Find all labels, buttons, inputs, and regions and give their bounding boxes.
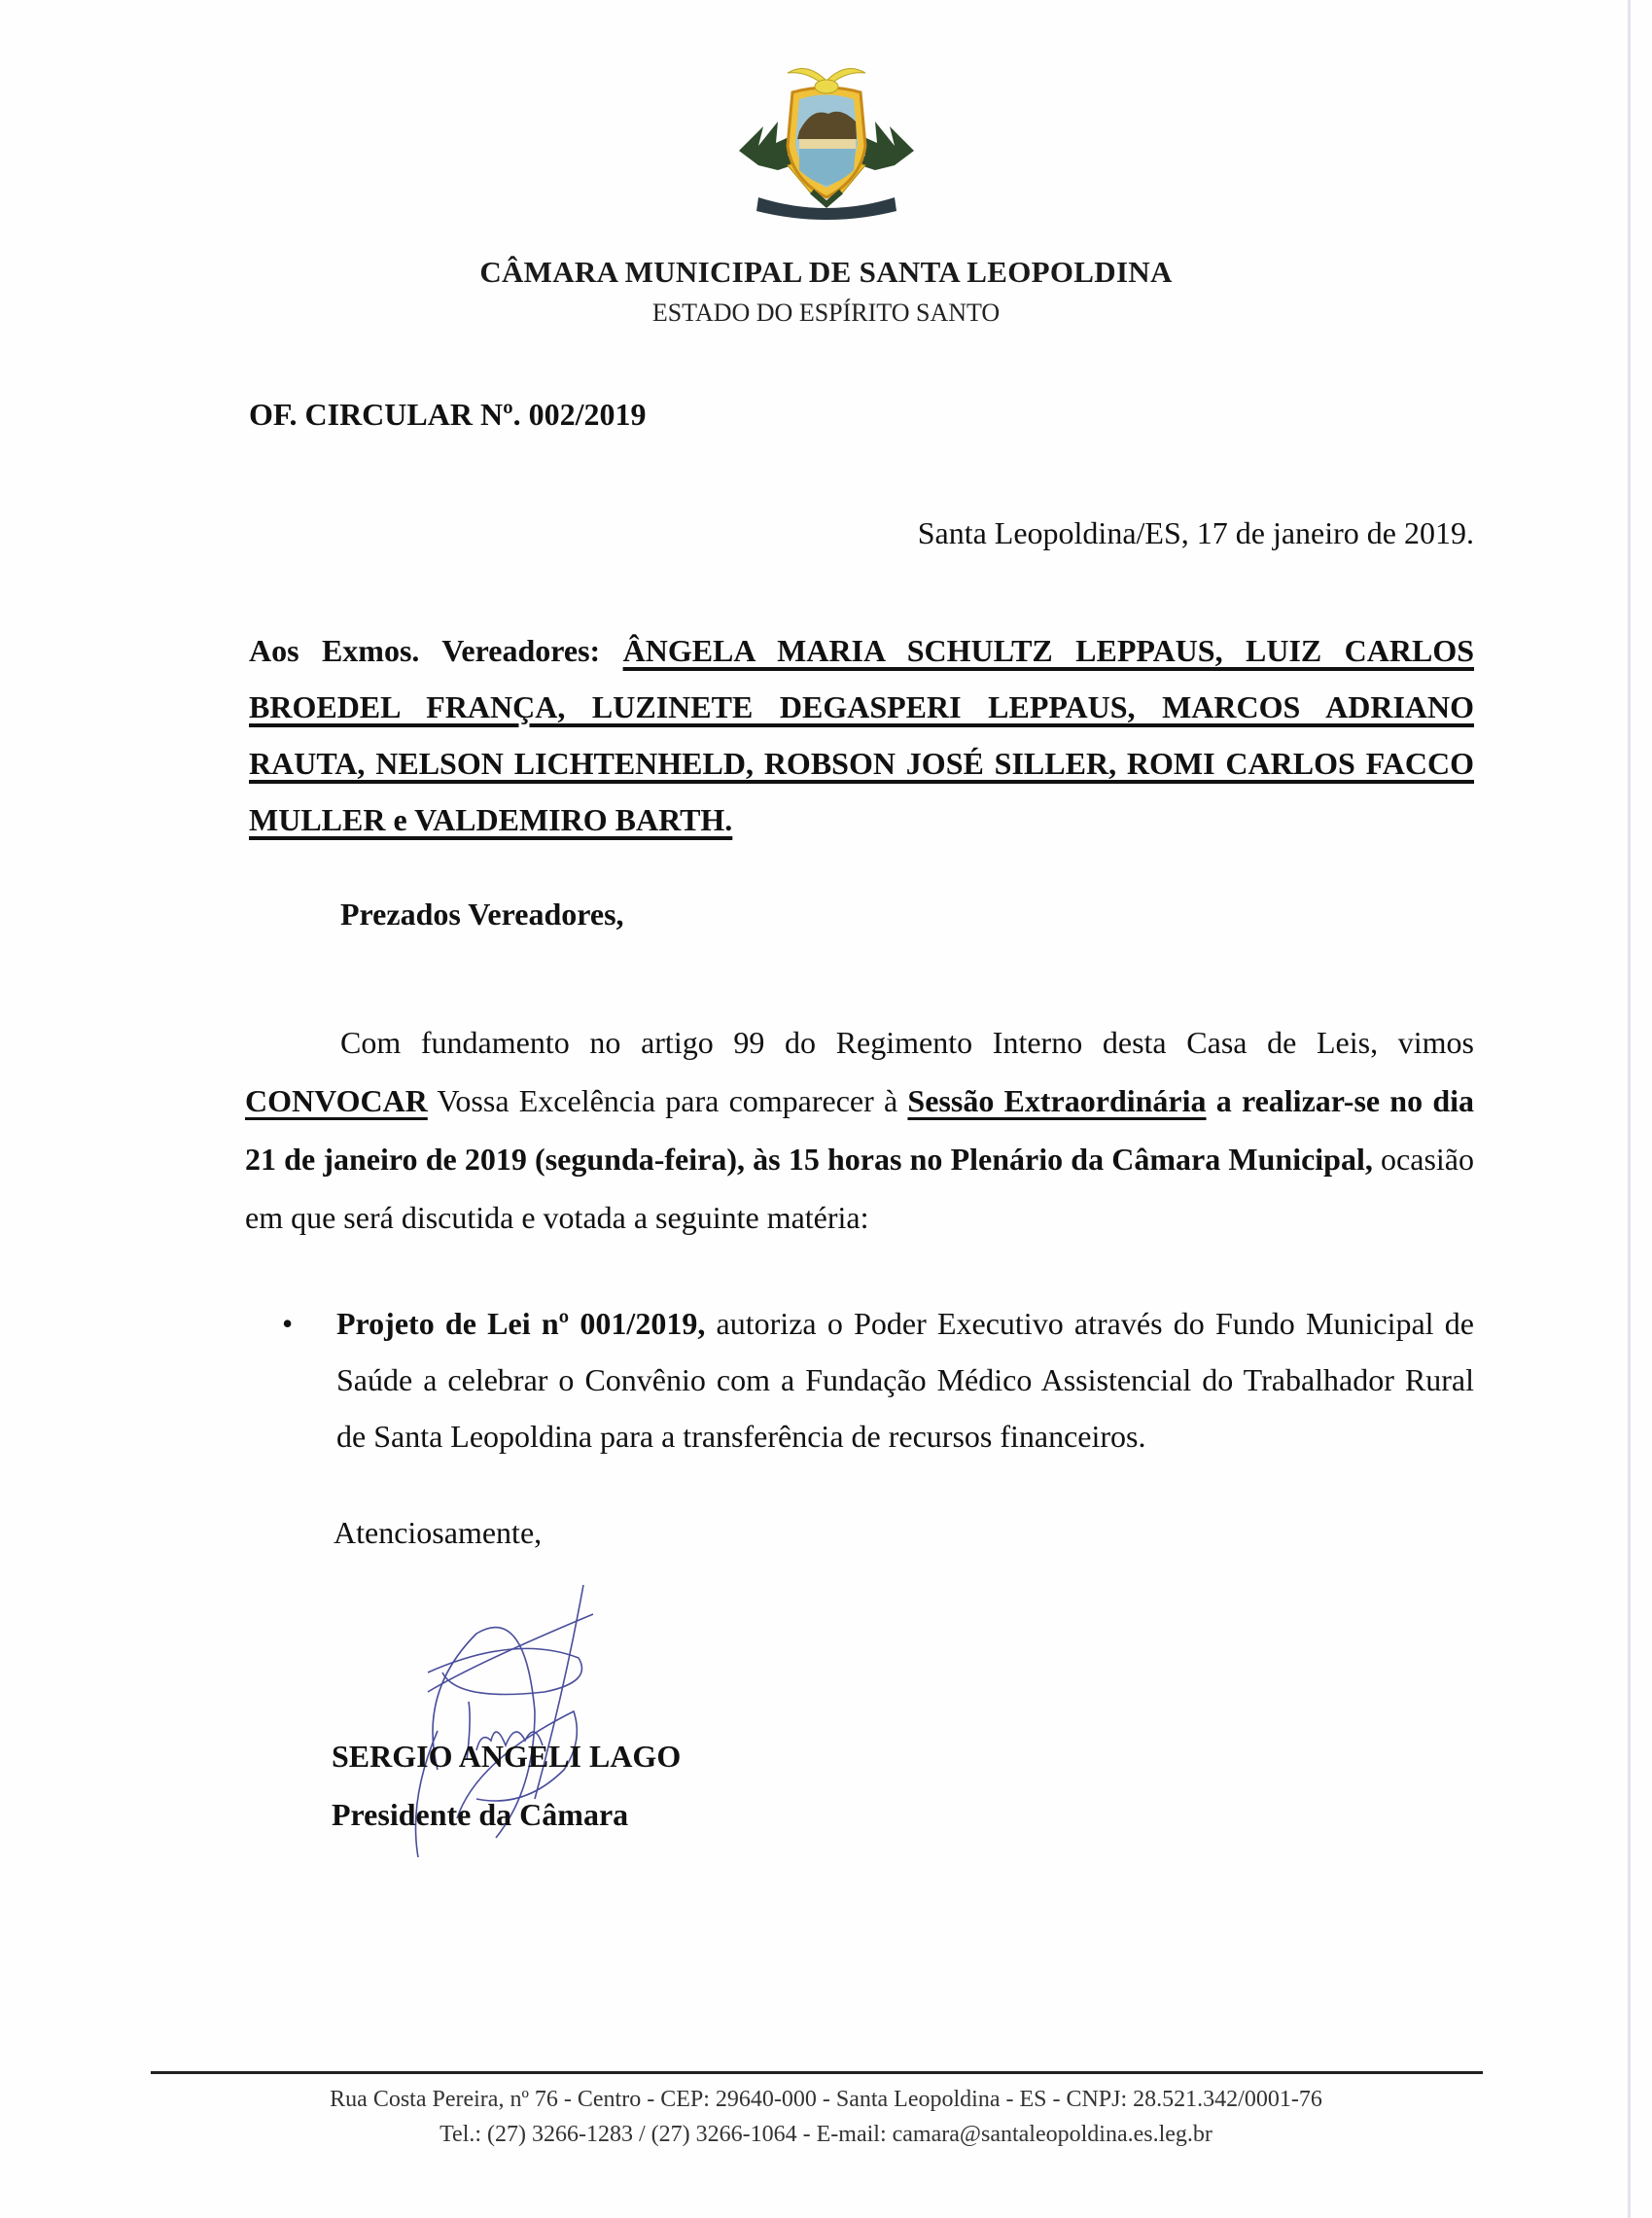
- agenda-item-title: Projeto de Lei nº 001/2019,: [336, 1306, 705, 1341]
- state-name: ESTADO DO ESPÍRITO SANTO: [0, 299, 1652, 328]
- body-paragraph: Com fundamento no artigo 99 do Regimento…: [245, 1013, 1474, 1247]
- signer-role: Presidente da Câmara: [332, 1797, 628, 1833]
- bullet-icon: •: [282, 1295, 293, 1352]
- signer-name: SERGIO ANGELI LAGO: [332, 1739, 681, 1775]
- footer-divider: [151, 2071, 1483, 2074]
- addressee-prefix: Aos Exmos. Vereadores:: [249, 633, 600, 668]
- place-date: Santa Leopoldina/ES, 17 de janeiro de 20…: [918, 515, 1474, 551]
- institution-name: CÂMARA MUNICIPAL DE SANTA LEOPOLDINA: [0, 255, 1652, 290]
- footer-contact: Tel.: (27) 3266-1283 / (27) 3266-1064 - …: [0, 2122, 1652, 2148]
- body-text-2: Vossa Excelência para comparecer à: [428, 1083, 908, 1118]
- page-edge: [1628, 0, 1631, 2218]
- addressee-block: Aos Exmos. Vereadores: ÂNGELA MARIA SCHU…: [249, 622, 1474, 848]
- document-reference: OF. CIRCULAR Nº. 002/2019: [249, 397, 647, 433]
- closing: Atenciosamente,: [334, 1515, 542, 1551]
- body-text-1: Com fundamento no artigo 99 do Regimento…: [340, 1025, 1474, 1060]
- greeting: Prezados Vereadores,: [340, 897, 624, 933]
- convocar-emphasis: CONVOCAR: [245, 1083, 428, 1118]
- coat-of-arms-icon: [720, 24, 933, 224]
- session-type: Sessão Extraordinária: [907, 1083, 1206, 1118]
- footer-address: Rua Costa Pereira, nº 76 - Centro - CEP:…: [0, 2087, 1652, 2113]
